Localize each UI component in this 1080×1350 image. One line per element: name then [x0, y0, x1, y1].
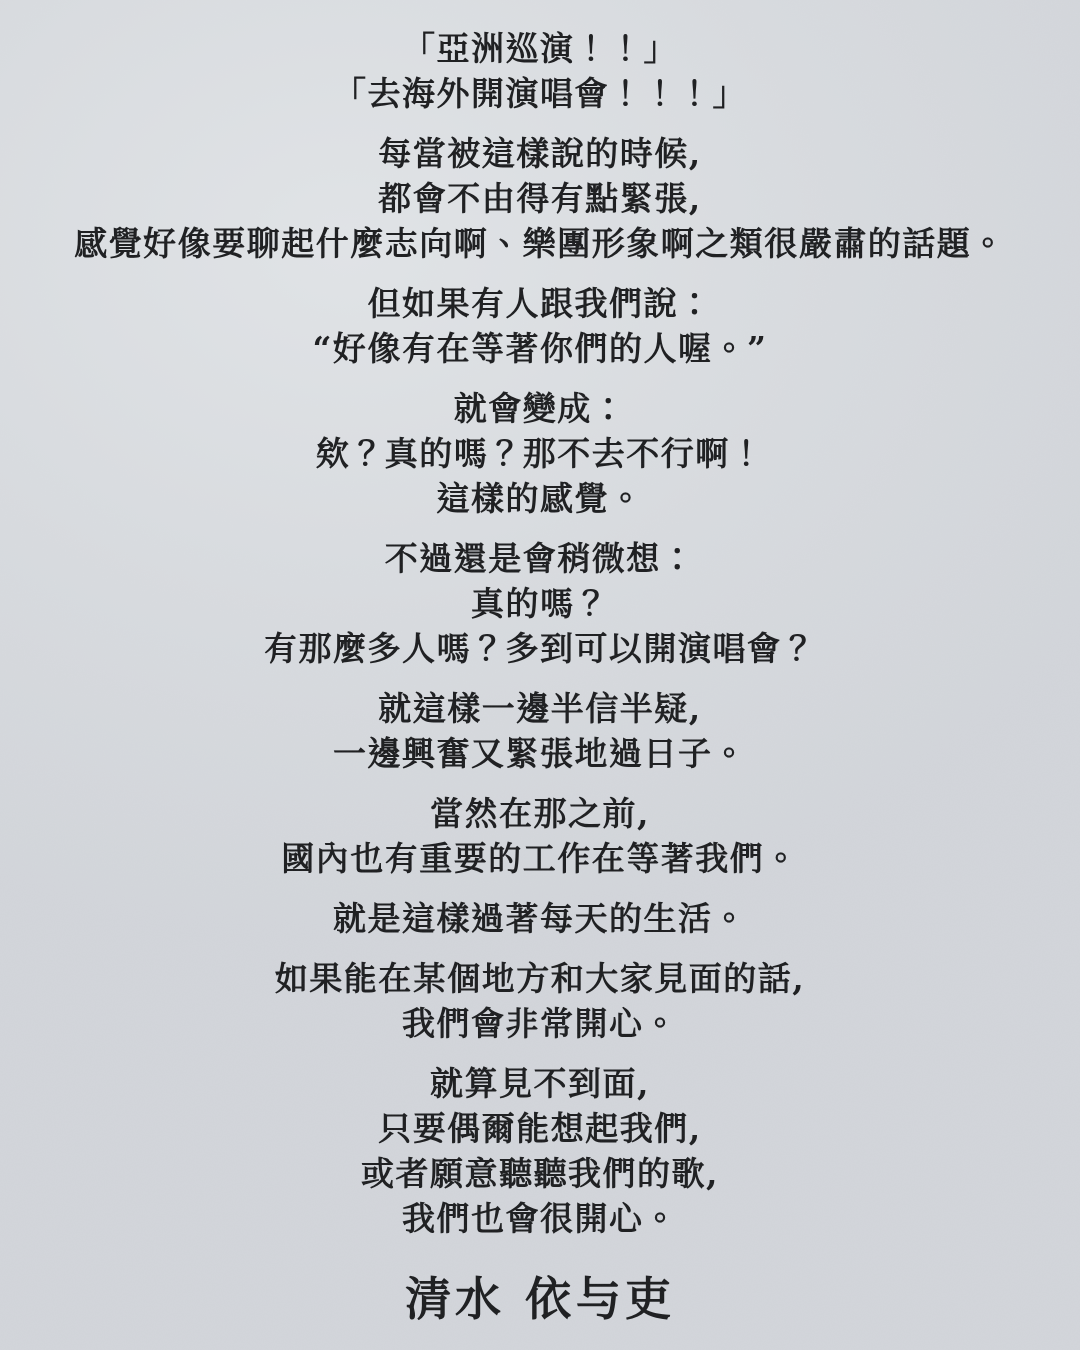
letter-line: 都會不由得有點緊張, — [0, 176, 1080, 221]
paragraph-domestic-work: 當然在那之前, 國內也有重要的工作在等著我們。 — [0, 791, 1080, 881]
letter-line: 如果能在某個地方和大家見面的話, — [0, 956, 1080, 1001]
letter-line: 或者願意聽聽我們的歌, — [0, 1151, 1080, 1196]
letter-line: 不過還是會稍微想： — [0, 536, 1080, 581]
paragraph-quotes: 「亞洲巡演！！」 「去海外開演唱會！！！」 — [0, 26, 1080, 116]
letter-line: 我們會非常開心。 — [0, 1001, 1080, 1046]
letter-line: 這樣的感覺。 — [0, 476, 1080, 521]
letter-line: 當然在那之前, — [0, 791, 1080, 836]
letter-line: 就是這樣過著每天的生活。 — [0, 896, 1080, 941]
letter-line: 真的嗎？ — [0, 581, 1080, 626]
paragraph-half-believing: 就這樣一邊半信半疑, 一邊興奮又緊張地過日子。 — [0, 686, 1080, 776]
letter-line: “好像有在等著你們的人喔。” — [0, 326, 1080, 371]
letter-line: 國內也有重要的工作在等著我們。 — [0, 836, 1080, 881]
paragraph-someone-waiting: 但如果有人跟我們說： “好像有在等著你們的人喔。” — [0, 281, 1080, 371]
paragraph-nervous: 每當被這樣說的時候, 都會不由得有點緊張, 感覺好像要聊起什麼志向啊、樂團形象啊… — [0, 131, 1080, 266]
letter-line: 感覺好像要聊起什麼志向啊、樂團形象啊之類很嚴肅的話題。 — [0, 221, 1080, 266]
paragraph-even-if-not-meeting: 就算見不到面, 只要偶爾能想起我們, 或者願意聽聽我們的歌, 我們也會很開心。 — [0, 1061, 1080, 1241]
letter-line: 就這樣一邊半信半疑, — [0, 686, 1080, 731]
paragraph-reaction: 就會變成： 欸？真的嗎？那不去不行啊！ 這樣的感覺。 — [0, 386, 1080, 521]
letter-line: 但如果有人跟我們說： — [0, 281, 1080, 326]
letter-page: 「亞洲巡演！！」 「去海外開演唱會！！！」 每當被這樣說的時候, 都會不由得有點… — [0, 0, 1080, 1350]
letter-line: 欸？真的嗎？那不去不行啊！ — [0, 431, 1080, 476]
letter-body: 「亞洲巡演！！」 「去海外開演唱會！！！」 每當被這樣說的時候, 都會不由得有點… — [0, 0, 1080, 1330]
letter-line: 有那麼多人嗎？多到可以開演唱會？ — [0, 626, 1080, 671]
letter-line: 「亞洲巡演！！」 — [0, 26, 1080, 71]
letter-line: 「去海外開演唱會！！！」 — [0, 71, 1080, 116]
letter-line: 一邊興奮又緊張地過日子。 — [0, 731, 1080, 776]
paragraph-daily-life: 就是這樣過著每天的生活。 — [0, 896, 1080, 941]
letter-line: 就會變成： — [0, 386, 1080, 431]
paragraph-meeting: 如果能在某個地方和大家見面的話, 我們會非常開心。 — [0, 956, 1080, 1046]
signature: 清水 依与吏 — [0, 1268, 1080, 1330]
paragraph-doubt: 不過還是會稍微想： 真的嗎？ 有那麼多人嗎？多到可以開演唱會？ — [0, 536, 1080, 671]
letter-line: 只要偶爾能想起我們, — [0, 1106, 1080, 1151]
letter-line: 我們也會很開心。 — [0, 1196, 1080, 1241]
letter-line: 就算見不到面, — [0, 1061, 1080, 1106]
letter-line: 每當被這樣說的時候, — [0, 131, 1080, 176]
